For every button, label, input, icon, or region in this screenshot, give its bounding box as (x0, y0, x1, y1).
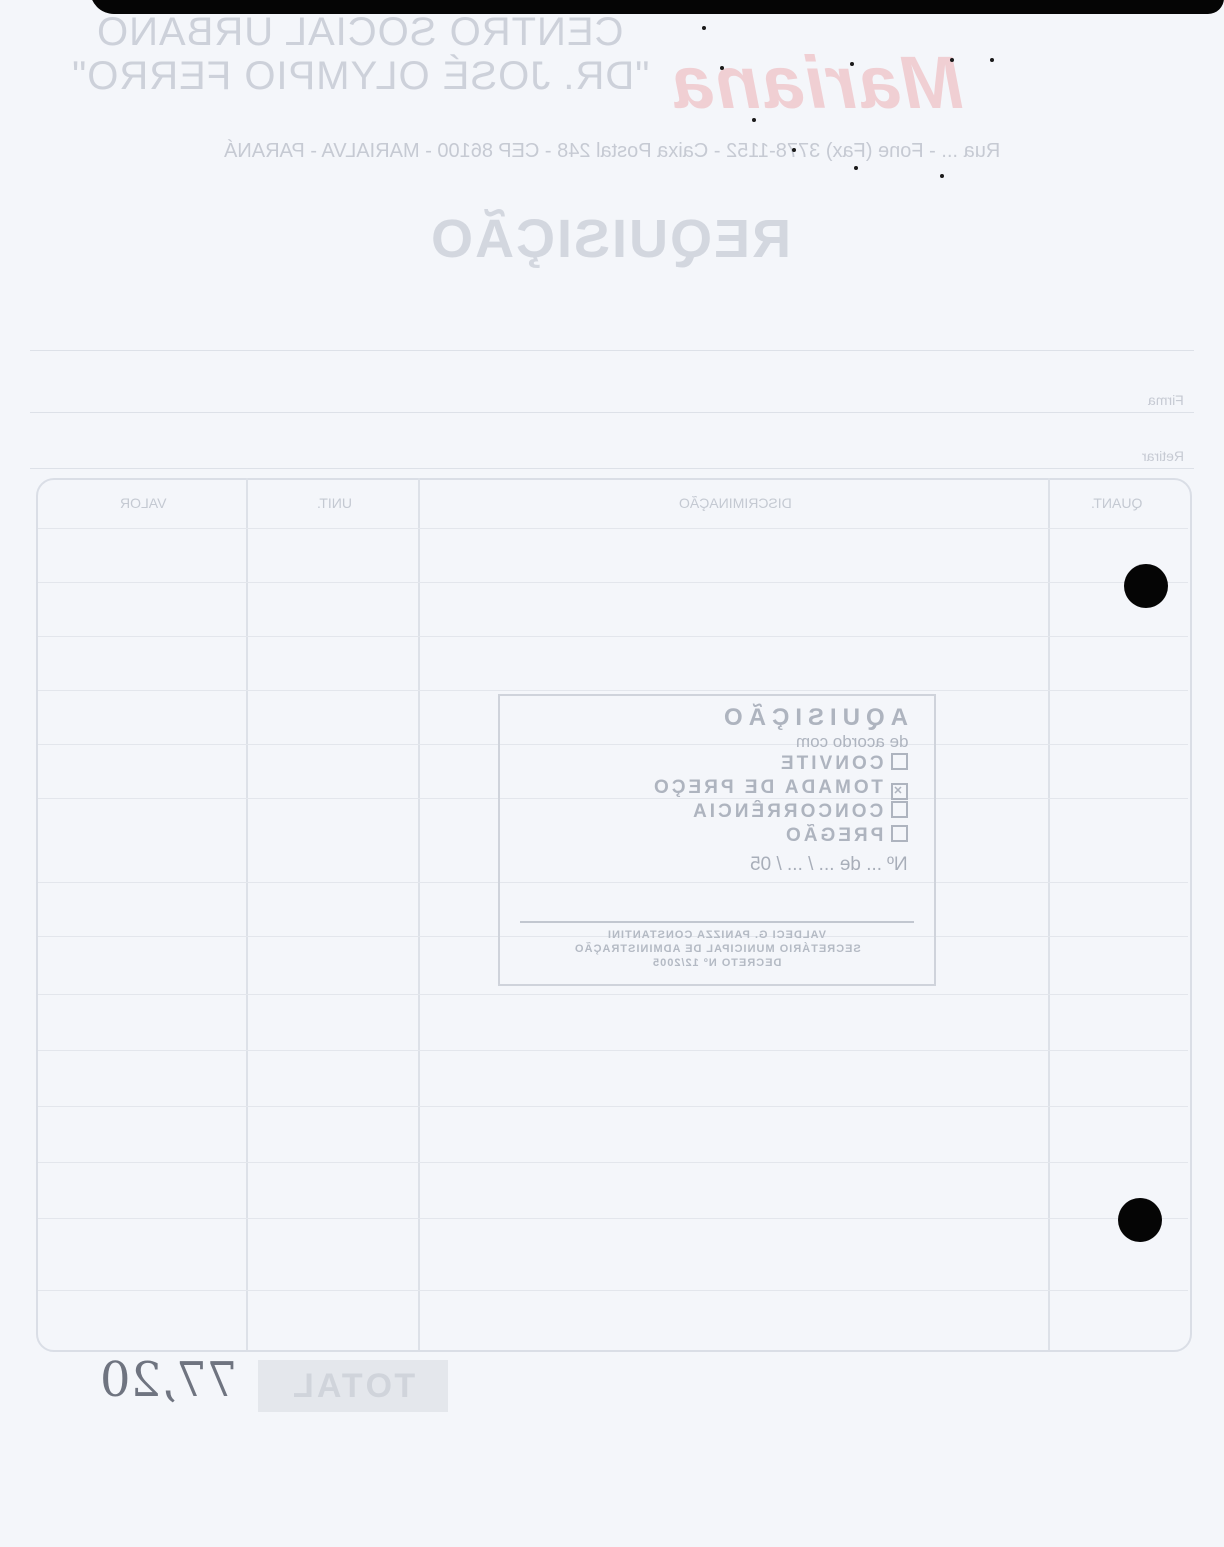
column-header-valor: VALOR (40, 495, 246, 511)
checkbox-icon (891, 801, 908, 818)
stamp-option-label: TOMADA DE PREÇO (651, 776, 883, 800)
field-label-firma-text: Firma (1148, 392, 1184, 408)
scan-speck (990, 58, 994, 62)
checkbox-checked-icon: ✕ (891, 783, 908, 800)
punch-hole (1118, 1198, 1162, 1242)
stamp-number-value: ... de ... / ... / 05 (750, 854, 882, 876)
stamp-signature-decree: DECRETO Nº 12/2005 (652, 956, 781, 970)
stamp-option-tomada-de-preco: TOMADA DE PREÇO✕ (651, 776, 908, 800)
column-header-valor-text: VALOR (120, 495, 166, 511)
stamp-option-convite: CONVITE (651, 752, 908, 776)
organization-line-1: CENTRO SOCIAL URBANO (96, 10, 623, 54)
field-line-date (30, 350, 1194, 351)
scan-speck (752, 118, 756, 122)
column-header-discriminacao: DISCRIMINAÇÃO (422, 495, 1048, 511)
document-title: REQUISIÇÃO (420, 208, 800, 270)
stamp-option-label: CONVITE (778, 752, 883, 776)
field-label-retirar: Retirar (1142, 448, 1184, 464)
checkbox-icon (891, 753, 908, 770)
column-header-quant: QUANT. (1052, 495, 1182, 511)
table-row-line (38, 528, 1188, 529)
stamp-signature-rule (520, 921, 914, 923)
column-header-quant-text: QUANT. (1091, 495, 1142, 511)
total-handwritten-value: 77,20 (100, 1352, 237, 1408)
stamp-number-line: ... de ... / ... / 05 Nº (651, 854, 908, 876)
column-header-unit: UNIT. (250, 495, 418, 511)
scan-speck (854, 166, 858, 170)
table-column-divider (1048, 478, 1050, 1350)
punch-hole (1124, 564, 1168, 608)
stamp-option-pregao: PREGÃO (651, 824, 908, 848)
brand-logo: Mariana (670, 40, 964, 125)
checkbox-icon (891, 825, 908, 842)
stamp-option-label: CONCORRÊNCIA (690, 800, 883, 824)
field-label-retirar-text: Retirar (1142, 448, 1184, 464)
organization-header: CENTRO SOCIAL URBANO "DR. JOSÉ OLYMPIO F… (40, 10, 680, 98)
organization-line-2: "DR. JOSÉ OLYMPIO FERRO" (71, 54, 649, 98)
stamp-option-label: PREGÃO (783, 824, 883, 848)
stamp-option-concorrencia: CONCORRÊNCIA (651, 800, 908, 824)
scan-speck (950, 58, 954, 62)
table-row-line (38, 582, 1188, 583)
total-handwritten-text: 77,20 (100, 1352, 237, 1408)
field-line-firma (30, 412, 1194, 413)
stamp-signature-role: SECRETÁRIO MUNICIPAL DE ADMINISTRAÇÃO (574, 942, 861, 956)
acquisition-stamp: AQUISIÇÃO de acordo com CONVITE TOMADA D… (498, 694, 936, 986)
table-row-line (38, 994, 1188, 995)
field-label-firma: Firma (1148, 392, 1184, 408)
scan-speck (792, 148, 796, 152)
stamp-title: AQUISIÇÃO (718, 704, 908, 732)
table-column-divider (418, 478, 420, 1350)
table-row-line (38, 1106, 1188, 1107)
scan-speck (702, 26, 706, 30)
table-row-line (38, 636, 1188, 637)
stamp-signature: VALDECI G. PANIZZA CONSTANTINI SECRETÁRI… (510, 928, 924, 970)
table-row-line (38, 1162, 1188, 1163)
table-row-line (38, 1050, 1188, 1051)
table-row-line (38, 690, 1188, 691)
stamp-subtitle: de acordo com (796, 732, 908, 752)
column-header-discriminacao-text: DISCRIMINAÇÃO (679, 495, 792, 511)
total-label-text: TOTAL (290, 1360, 415, 1412)
address-text: Rua ... - Fone (Fax) 3778-1152 - Caixa P… (224, 140, 1000, 163)
table-column-divider (246, 478, 248, 1350)
field-line-retirar (30, 468, 1194, 469)
column-header-unit-text: UNIT. (317, 495, 352, 511)
address-line: Rua ... - Fone (Fax) 3778-1152 - Caixa P… (20, 140, 1204, 163)
table-row-line (38, 1290, 1188, 1291)
stamp-signature-name: VALDECI G. PANIZZA CONSTANTINI (607, 928, 826, 942)
table-row-line (38, 1218, 1188, 1219)
scan-speck (940, 174, 944, 178)
scan-speck (850, 62, 854, 66)
stamp-number-label: Nº (887, 854, 908, 876)
document-title-text: REQUISIÇÃO (429, 208, 791, 270)
total-label: TOTAL (258, 1360, 448, 1412)
brand-logo-text: Mariana (670, 40, 964, 125)
scan-speck (720, 66, 724, 70)
